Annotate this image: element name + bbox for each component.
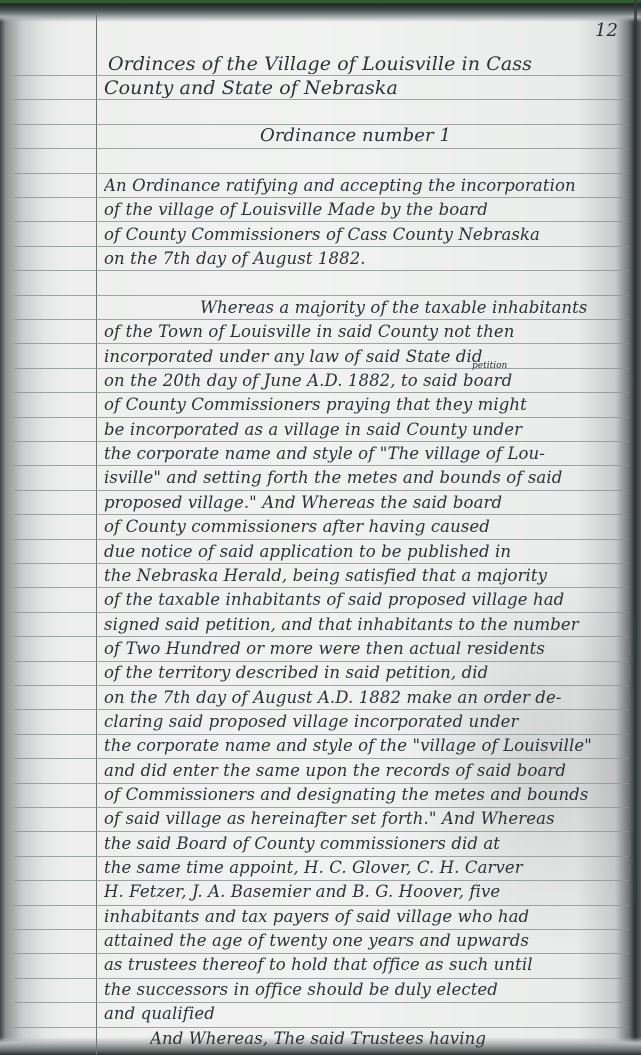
ruled-line (14, 295, 628, 296)
ruled-line (14, 270, 628, 271)
ruled-line (14, 197, 628, 198)
body-line: claring said proposed village incorporat… (104, 712, 624, 732)
body-line: on the 20th day of June A.D. 1882, to sa… (104, 371, 624, 391)
ruled-line (14, 856, 628, 857)
ruled-line (14, 905, 628, 906)
body-line: of said village as hereinafter set forth… (104, 809, 624, 829)
preamble-line: of County Commissioners of Cass County N… (104, 225, 624, 245)
ruled-line (14, 758, 628, 759)
ruled-line (14, 221, 628, 222)
ruled-line (14, 99, 628, 100)
ruled-line (14, 490, 628, 491)
body-line: of the territory described in said petit… (104, 663, 624, 683)
ruled-line (14, 587, 628, 588)
body-line: and qualified (104, 1004, 624, 1024)
body-line: incorporated under any law of said State… (104, 347, 624, 367)
preamble-line: of the village of Louisville Made by the… (104, 200, 624, 220)
ruled-line (14, 783, 628, 784)
ruled-line (14, 1027, 628, 1028)
body-line: Whereas a majority of the taxable inhabi… (200, 298, 624, 318)
preamble-line: An Ordinance ratifying and accepting the… (104, 176, 624, 196)
ruled-line (14, 563, 628, 564)
ruled-line (14, 880, 628, 881)
body-line: isville" and setting forth the metes and… (104, 468, 624, 488)
ruled-line (14, 514, 628, 515)
body-line: of Two Hundred or more were then actual … (104, 639, 624, 659)
body-line: due notice of said application to be pub… (104, 542, 624, 562)
body-line: the corporate name and style of "The vil… (104, 444, 624, 464)
preamble-line: on the 7th day of August 1882. (104, 249, 624, 269)
ruled-line (14, 734, 628, 735)
ruled-line (14, 831, 628, 832)
ruled-line (14, 539, 628, 540)
ruled-line (14, 685, 628, 686)
body-line: the said Board of County commissioners d… (104, 834, 624, 854)
ruled-line (14, 392, 628, 393)
body-line: the successors in office should be duly … (104, 980, 624, 1000)
body-line: the Nebraska Herald, being satisfied tha… (104, 566, 624, 586)
ruled-line (14, 929, 628, 930)
body-line: of County commissioners after having cau… (104, 517, 624, 537)
heading-line-2: County and State of Nebraska (104, 78, 624, 98)
body-line: of County Commissioners praying that the… (104, 395, 624, 415)
body-line: the same time appoint, H. C. Glover, C. … (104, 858, 624, 878)
page-number: 12 (595, 20, 618, 41)
ruled-line (14, 441, 628, 442)
ordinance-number: Ordinance number 1 (260, 126, 560, 146)
ruled-line (14, 173, 628, 174)
ruled-line (14, 75, 628, 76)
ruled-line (14, 465, 628, 466)
body-line: of the taxable inhabitants of said propo… (104, 590, 624, 610)
ruled-line (14, 246, 628, 247)
ruled-line (14, 709, 628, 710)
ruled-line (14, 661, 628, 662)
body-line: the corporate name and style of the "vil… (104, 736, 624, 756)
ruled-line (14, 807, 628, 808)
ruled-line (14, 978, 628, 979)
ruled-line (14, 124, 628, 125)
ruled-line (14, 612, 628, 613)
ruled-line (14, 1002, 628, 1003)
body-line: of Commissioners and designating the met… (104, 785, 624, 805)
ruled-line (14, 319, 628, 320)
body-line: proposed village." And Whereas the said … (104, 493, 624, 513)
ruled-line (14, 636, 628, 637)
body-line: be incorporated as a village in said Cou… (104, 420, 624, 440)
body-line: signed said petition, and that inhabitan… (104, 615, 624, 635)
body-line: inhabitants and tax payers of said villa… (104, 907, 624, 927)
ruled-line (14, 148, 628, 149)
body-line: And Whereas, The said Trustees having (150, 1029, 574, 1049)
ruled-line (14, 368, 628, 369)
body-line: of the Town of Louisville in said County… (104, 322, 624, 342)
body-line: on the 7th day of August A.D. 1882 make … (104, 688, 624, 708)
body-line: and did enter the same upon the records … (104, 761, 624, 781)
ruled-line (14, 343, 628, 344)
page-right-border (634, 0, 637, 1055)
margin-rule (96, 14, 97, 1055)
heading-line-1: Ordinces of the Village of Louisville in… (108, 54, 628, 74)
ruled-line (14, 417, 628, 418)
ruled-line (14, 953, 628, 954)
body-line: attained the age of twenty one years and… (104, 931, 624, 951)
ledger-page: 12 Ordinces of the Village of Louisville… (0, 0, 641, 1055)
body-line: H. Fetzer, J. A. Basemier and B. G. Hoov… (104, 882, 624, 902)
body-line: as trustees thereof to hold that office … (104, 955, 624, 975)
